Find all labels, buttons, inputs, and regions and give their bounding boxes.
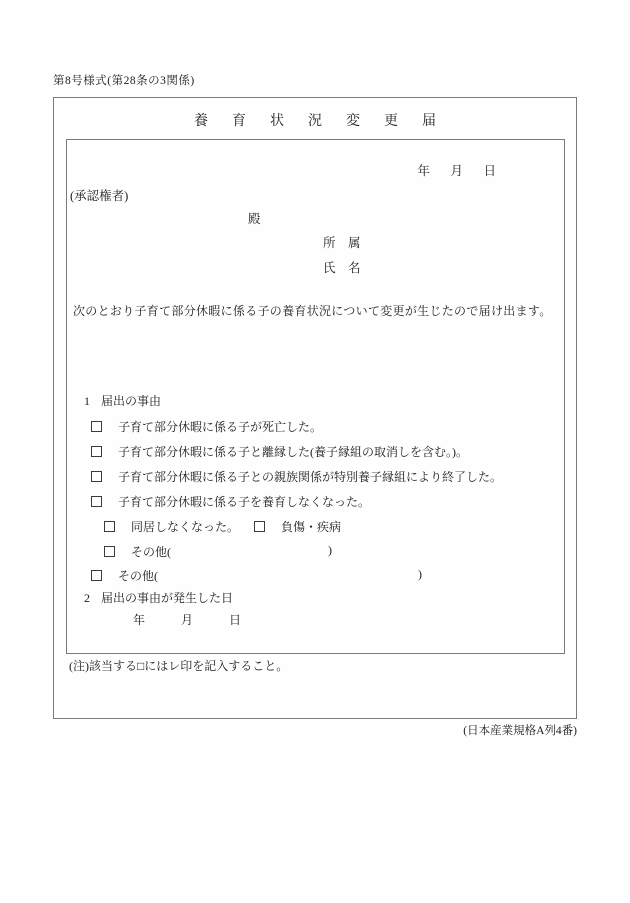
subreason-injury-group: 負傷・疾病 <box>254 518 341 535</box>
addressee-honorific: 殿 <box>248 209 261 227</box>
outer-border-box: 養育状況変更届 年 月 日 (承認権者) 殿 所 属 氏 名 次のとおり子育て部… <box>53 97 577 719</box>
section2-number: 2 <box>84 591 90 606</box>
reason-label: その他( <box>118 569 158 583</box>
checkbox-not-cohabiting[interactable] <box>104 521 115 532</box>
reason-label: 子育て部分休暇に係る子との親族関係が特別養子縁組により終了した。 <box>118 470 502 484</box>
subreason-label: その他( <box>131 545 171 559</box>
reason-label: 子育て部分休暇に係る子と離縁した(養子縁組の取消しを含む。)。 <box>118 445 468 459</box>
jis-paper-size-label: (日本産業規格A列4番) <box>53 722 577 738</box>
section1-title: 届出の事由 <box>101 394 161 408</box>
form-number-label: 第8号様式(第28条の3関係) <box>53 72 195 88</box>
checkbox-injury-illness[interactable] <box>254 521 265 532</box>
checkbox-death[interactable] <box>91 421 102 432</box>
checkbox-other[interactable] <box>91 570 102 581</box>
approver-label: (承認権者) <box>70 186 128 204</box>
reason-row-dissolution: 子育て部分休暇に係る子と離縁した(養子縁組の取消しを含む。)。 <box>67 443 564 460</box>
section2-title: 届出の事由が発生した日 <box>101 591 233 605</box>
reason-label: 子育て部分休暇に係る子が死亡した。 <box>118 420 322 434</box>
close-paren: ) <box>328 543 332 558</box>
checkbox-special-adoption[interactable] <box>91 471 102 482</box>
reason-row-death: 子育て部分休暇に係る子が死亡した。 <box>67 418 564 435</box>
section1-number: 1 <box>84 394 90 409</box>
checkbox-dissolution[interactable] <box>91 446 102 457</box>
name-label: 氏 名 <box>323 258 361 276</box>
subreason-row-cohabitation-injury: 同居しなくなった。 負傷・疾病 <box>67 518 564 535</box>
checkbox-sub-other[interactable] <box>104 546 115 557</box>
checkbox-no-longer-caring[interactable] <box>91 496 102 507</box>
subreason-row-other: その他( ) <box>67 543 564 560</box>
reason-row-no-longer-caring: 子育て部分休暇に係る子を養育しなくなった。 <box>67 493 564 510</box>
inner-border-box: 年 月 日 (承認権者) 殿 所 属 氏 名 次のとおり子育て部分休暇に係る子の… <box>66 139 565 654</box>
occurrence-date-line: 年 月 日 <box>133 611 253 628</box>
document-page: 第8号様式(第28条の3関係) 養育状況変更届 年 月 日 (承認権者) 殿 所… <box>0 0 630 903</box>
subreason-label: 同居しなくなった。 <box>131 520 239 534</box>
close-paren: ) <box>418 567 422 582</box>
declaration-sentence: 次のとおり子育て部分休暇に係る子の養育状況について変更が生じたので届け出ます。 <box>73 302 552 319</box>
reason-row-special-adoption: 子育て部分休暇に係る子との親族関係が特別養子縁組により終了した。 <box>67 468 564 485</box>
reason-row-other: その他( ) <box>67 567 564 584</box>
submission-date-line: 年 月 日 <box>417 161 500 179</box>
section1-heading: 1届出の事由 <box>84 392 161 409</box>
affiliation-label: 所 属 <box>323 233 361 251</box>
document-title: 養育状況変更届 <box>54 110 576 130</box>
footnote-check-instruction: (注)該当する□にはレ印を記入すること。 <box>69 657 288 674</box>
subreason-label: 負傷・疾病 <box>281 520 341 534</box>
reason-label: 子育て部分休暇に係る子を養育しなくなった。 <box>118 495 370 509</box>
section2-heading: 2届出の事由が発生した日 <box>84 589 233 606</box>
